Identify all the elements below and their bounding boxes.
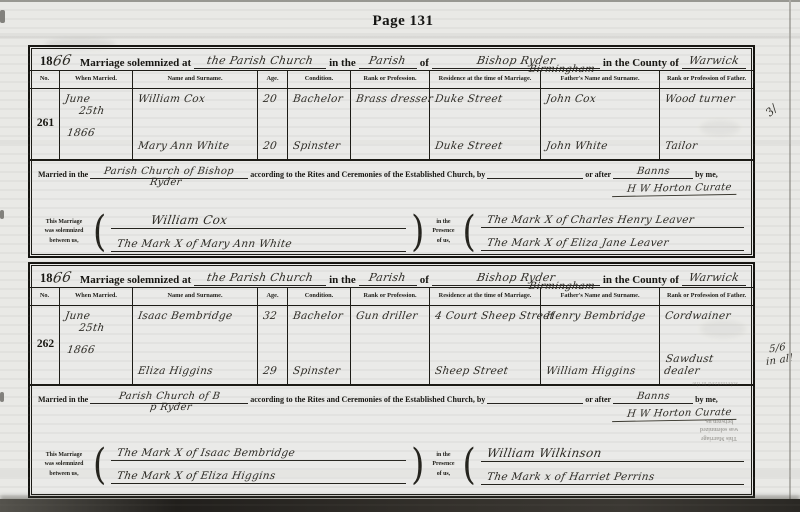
groom-signature: The Mark X of Isaac Bembridge — [116, 447, 296, 459]
solemnized-label: This Marriage was solemnized between us, — [36, 218, 92, 245]
married-by-me: by me, — [695, 395, 718, 404]
groom-signature-line: William Cox — [111, 213, 406, 229]
witness-signature-line: The Mark x of Harriet Perrins — [481, 471, 744, 485]
ages-cell: 20 20 — [258, 89, 288, 159]
groom-residence: 4 Court Sheep Street — [434, 310, 538, 322]
scan-edge-speck — [0, 10, 5, 23]
bride-residence: Duke Street — [434, 140, 538, 152]
record-number: 262 — [37, 338, 54, 350]
scan-edge-speck — [0, 210, 4, 219]
col-header-age: Age. — [258, 71, 288, 88]
parish-name-fill: Bishop RyderBirmingham — [432, 271, 600, 286]
date-year: 1866 — [66, 127, 130, 139]
groom-condition: Bachelor — [292, 93, 348, 105]
bride-signature-line: The Mark X of Eliza Higgins — [111, 470, 406, 484]
date-month: June — [64, 310, 130, 322]
names-cell: William Cox Mary Ann White — [133, 89, 258, 159]
presence-label: in the Presence of us, — [425, 451, 461, 478]
heading-of: of — [420, 57, 429, 69]
when-married-cell: June 25th 1866 — [60, 306, 133, 384]
scan-streak-band — [0, 33, 800, 39]
groom-father: Henry Bembridge — [545, 310, 657, 322]
heading-county: in the County of — [603, 274, 679, 286]
married-in-line: Married in the Parish Church of BishopRy… — [30, 161, 753, 207]
groom-age: 32 — [262, 310, 285, 322]
parish-word-fill: Parish — [359, 271, 417, 286]
groom-father: John Cox — [545, 93, 657, 105]
church-name: the Parish Church — [206, 54, 314, 67]
record-number-cell: 262 — [30, 306, 60, 384]
heading-in-the: in the — [329, 57, 356, 69]
signatures-row: This Marriage was solemnized between us,… — [30, 434, 753, 496]
col-header-residence: Residence at the time of Marriage. — [430, 288, 541, 305]
page-binding-line — [789, 0, 791, 500]
witness-signature-line: The Mark X of Eliza Jane Leaver — [481, 237, 744, 251]
groom-profession: Gun driller — [355, 310, 427, 322]
record-number: 261 — [37, 117, 54, 129]
presence-label: in the Presence of us, — [425, 218, 461, 245]
married-or-after: or after — [585, 395, 611, 404]
col-header-name: Name and Surname. — [133, 288, 258, 305]
married-prefix: Married in the — [38, 170, 88, 179]
signatures-row: This Marriage was solemnized between us,… — [30, 207, 753, 257]
parish-name-overflow: Birmingham — [528, 281, 596, 292]
residences-cell: 4 Court Sheep Street Sheep Street — [430, 306, 541, 384]
names-cell: Isaac Bembridge Eliza Higgins — [133, 306, 258, 384]
married-by-blank — [487, 402, 583, 404]
open-brace: ( — [461, 213, 476, 251]
church-name: the Parish Church — [206, 271, 314, 284]
groom-residence: Duke Street — [434, 93, 538, 105]
groom-profession: Brass dresser — [355, 93, 427, 105]
presence-label-line: in the — [425, 451, 461, 460]
parish-word: Parish — [368, 54, 407, 67]
record-number-cell: 261 — [30, 89, 60, 159]
col-header-name: Name and Surname. — [133, 71, 258, 88]
close-brace: ) — [410, 213, 425, 251]
date-year: 1866 — [66, 344, 130, 356]
column-header-row: No. When Married. Name and Surname. Age.… — [30, 70, 753, 89]
year-prefix: 18 — [40, 271, 53, 286]
officiant-signature: H W Horton Curate — [612, 182, 738, 197]
county-fill: Warwick — [682, 271, 746, 286]
bride-condition: Spinster — [292, 365, 348, 377]
bride-signature: The Mark X of Mary Ann White — [116, 238, 293, 250]
conditions-cell: Bachelor Spinster — [288, 89, 351, 159]
bride-father-profession: Sawdust dealer — [663, 353, 751, 377]
county-name: Warwick — [688, 271, 740, 284]
solemnized-label-line: This Marriage — [36, 451, 92, 460]
record-row-262: 262 June 25th 1866 Isaac Bembridge Eliza… — [30, 306, 753, 386]
banns: Banns — [636, 166, 670, 177]
fee-note-261: 3/ — [763, 102, 780, 119]
col-header-father-profession: Rank or Profession of Father. — [660, 288, 753, 305]
col-header-condition: Condition. — [288, 288, 351, 305]
page-number: Page 131 — [0, 13, 800, 30]
presence-label-line: in the — [425, 218, 461, 227]
married-church: Parish Church of Bishop — [104, 166, 235, 177]
ages-cell: 32 29 — [258, 306, 288, 384]
scan-top-edge — [0, 0, 800, 2]
professions-cell: Gun driller — [351, 306, 430, 384]
married-in-line: Married in the Parish Church of Bp Ryder… — [30, 386, 753, 434]
couple-signatures: William Cox The Mark X of Mary Ann White — [107, 213, 410, 252]
marriage-record-block-262: 1866 Marriage solemnized at the Parish C… — [28, 262, 755, 498]
groom-father-profession: Cordwainer — [664, 310, 751, 322]
scan-edge-speck — [0, 392, 4, 402]
county-name: Warwick — [688, 54, 740, 67]
bride-name: Eliza Higgins — [137, 365, 255, 377]
groom-age: 20 — [262, 93, 285, 105]
solemnized-label: This Marriage was solemnized between us, — [36, 451, 92, 478]
married-or-after: or after — [585, 170, 611, 179]
date-day: 25th — [78, 105, 130, 117]
record-row-261: 261 June 25th 1866 William Cox Mary Ann … — [30, 89, 753, 161]
date-month: June — [64, 93, 130, 105]
groom-condition: Bachelor — [292, 310, 348, 322]
groom-name: William Cox — [137, 93, 255, 105]
heading-county: in the County of — [603, 57, 679, 69]
church-fill: the Parish Church — [194, 54, 326, 69]
father-professions-cell: Wood turner Tailor — [660, 89, 753, 159]
bride-father: William Higgins — [545, 365, 657, 377]
church-fill: the Parish Church — [194, 271, 326, 286]
close-brace: ) — [410, 446, 425, 484]
banns-fill: Banns — [613, 166, 693, 179]
married-church: Parish Church of B — [118, 391, 221, 402]
witness-signatures: William Wilkinson The Mark x of Harriet … — [477, 446, 748, 485]
witness-signature-line: William Wilkinson — [481, 446, 744, 462]
parish-word-fill: Parish — [359, 54, 417, 69]
scanned-marriage-register-page: Page 131 1866 Marriage solemnized at the… — [0, 0, 800, 512]
witness-2-signature: The Mark x of Harriet Perrins — [486, 471, 655, 483]
witness-1-signature: The Mark X of Charles Henry Leaver — [486, 214, 695, 226]
heading-solemnized-at: Marriage solemnized at — [80, 57, 191, 69]
year-handwritten: 66 — [51, 52, 72, 69]
col-header-profession: Rank or Profession. — [351, 71, 430, 88]
heading-in-the: in the — [329, 274, 356, 286]
solemnized-label-line: was solemnized — [36, 227, 92, 236]
solemnized-label-line: between us, — [36, 470, 92, 479]
bride-signature-line: The Mark X of Mary Ann White — [111, 238, 406, 252]
married-by-me: by me, — [695, 170, 718, 179]
solemnized-label-line: between us, — [36, 237, 92, 246]
scan-bottom-edge — [0, 499, 800, 512]
groom-signature-line: The Mark X of Isaac Bembridge — [111, 447, 406, 461]
couple-signatures: The Mark X of Isaac Bembridge The Mark X… — [107, 447, 410, 484]
year-prefix: 18 — [40, 54, 53, 69]
open-brace: ( — [461, 446, 476, 484]
bride-residence: Sheep Street — [434, 365, 538, 377]
groom-father-profession: Wood turner — [664, 93, 751, 105]
bride-father-profession: Tailor — [664, 140, 751, 152]
groom-signature: William Cox — [116, 213, 229, 227]
married-church-overflow: p Ryder — [149, 402, 192, 413]
father-professions-cell: Cordwainer Sawdust dealer — [660, 306, 753, 384]
year-handwritten: 66 — [51, 269, 72, 286]
bride-condition: Spinster — [292, 140, 348, 152]
residences-cell: Duke Street Duke Street — [430, 89, 541, 159]
col-header-profession: Rank or Profession. — [351, 288, 430, 305]
register-heading: 1866 Marriage solemnized at the Parish C… — [30, 47, 753, 70]
fathers-cell: Henry Bembridge William Higgins — [541, 306, 660, 384]
county-fill: Warwick — [682, 54, 746, 69]
solemnized-label-line: was solemnized — [36, 460, 92, 469]
married-church-overflow: Ryder — [149, 177, 182, 188]
banns: Banns — [636, 391, 670, 402]
witness-signature-line: The Mark X of Charles Henry Leaver — [481, 214, 744, 228]
heading-solemnized-at: Marriage solemnized at — [80, 274, 191, 286]
col-header-condition: Condition. — [288, 71, 351, 88]
presence-label-line: of us, — [425, 237, 461, 246]
married-church-fill: Parish Church of BishopRyder — [90, 166, 248, 179]
col-header-residence: Residence at the time of Marriage. — [430, 71, 541, 88]
bride-age: 20 — [262, 140, 285, 152]
married-church-fill: Parish Church of Bp Ryder — [90, 391, 248, 404]
bride-signature: The Mark X of Eliza Higgins — [116, 470, 276, 482]
column-header-row: No. When Married. Name and Surname. Age.… — [30, 287, 753, 306]
parish-word: Parish — [368, 271, 407, 284]
witness-signatures: The Mark X of Charles Henry Leaver The M… — [477, 214, 748, 251]
register-heading: 1866 Marriage solemnized at the Parish C… — [30, 264, 753, 287]
open-brace: ( — [92, 213, 107, 251]
col-header-when-married: When Married. — [60, 71, 133, 88]
when-married-cell: June 25th 1866 — [60, 89, 133, 159]
presence-label-line: of us, — [425, 470, 461, 479]
heading-of: of — [420, 274, 429, 286]
fathers-cell: John Cox John White — [541, 89, 660, 159]
col-header-no: No. — [30, 288, 60, 305]
parish-name-fill: Bishop RyderBirmingham — [432, 54, 600, 69]
banns-fill: Banns — [613, 391, 693, 404]
parish-name-overflow: Birmingham — [528, 64, 596, 75]
groom-name: Isaac Bembridge — [137, 310, 255, 322]
married-by-blank — [487, 177, 583, 179]
conditions-cell: Bachelor Spinster — [288, 306, 351, 384]
married-mid: according to the Rites and Ceremonies of… — [250, 395, 485, 404]
witness-2-signature: The Mark X of Eliza Jane Leaver — [486, 237, 670, 249]
solemnized-label-line: This Marriage — [36, 218, 92, 227]
col-header-when-married: When Married. — [60, 288, 133, 305]
married-mid: according to the Rites and Ceremonies of… — [250, 170, 485, 179]
presence-label-line: Presence — [425, 460, 461, 469]
col-header-age: Age. — [258, 288, 288, 305]
bride-name: Mary Ann White — [137, 140, 255, 152]
married-prefix: Married in the — [38, 395, 88, 404]
presence-label-line: Presence — [425, 227, 461, 236]
open-brace: ( — [92, 446, 107, 484]
bride-age: 29 — [262, 365, 285, 377]
date-day: 25th — [78, 322, 130, 334]
witness-1-signature: William Wilkinson — [486, 446, 603, 460]
professions-cell: Brass dresser — [351, 89, 430, 159]
marriage-record-block-261: 1866 Marriage solemnized at the Parish C… — [28, 45, 755, 258]
bride-father: John White — [545, 140, 657, 152]
col-header-father-profession: Rank or Profession of Father. — [660, 71, 753, 88]
officiant-signature: H W Horton Curate — [612, 407, 738, 422]
col-header-no: No. — [30, 71, 60, 88]
fee-note-262: 5/6 in all — [755, 340, 800, 370]
